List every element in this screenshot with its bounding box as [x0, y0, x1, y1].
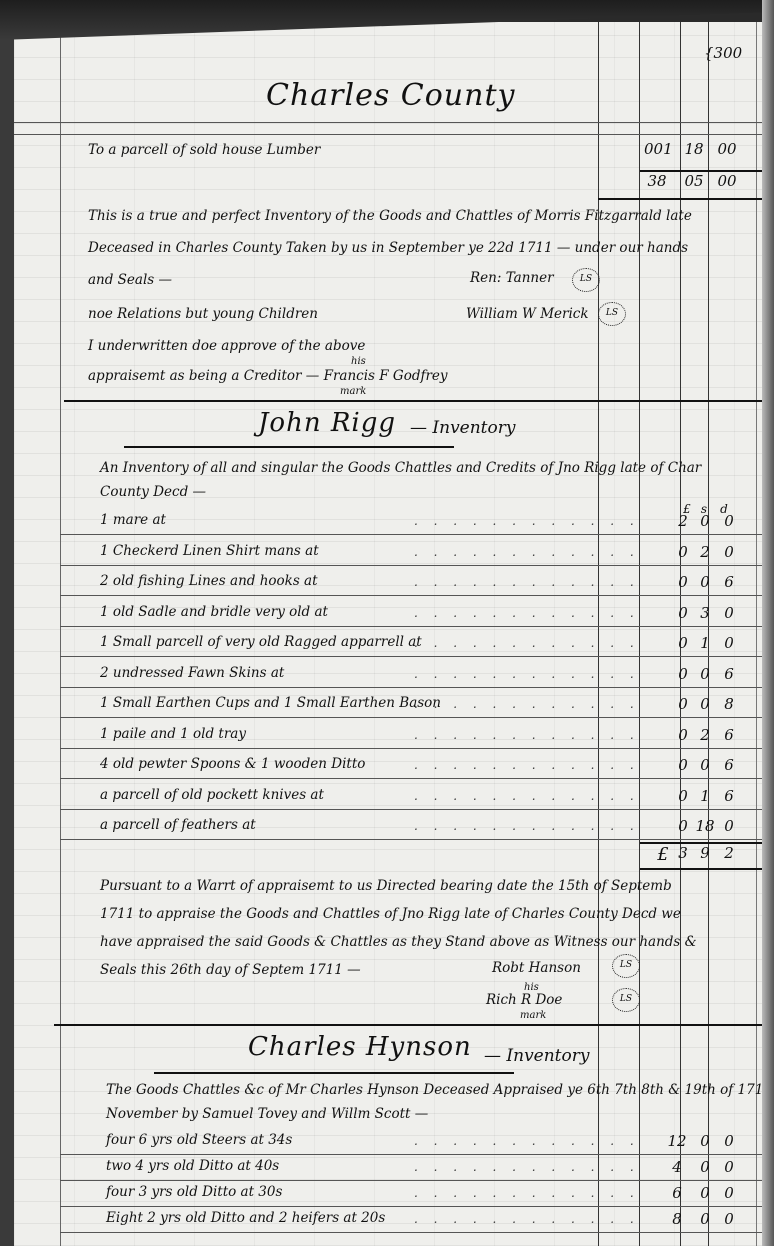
amount-shillings: 3 — [692, 604, 718, 622]
amount-shillings: 1 — [692, 787, 718, 805]
amount-shillings: 0 — [692, 573, 718, 591]
section-divider — [64, 400, 774, 402]
amount-shillings: 18 — [681, 140, 707, 158]
leader-dots: . . . . . . . . . . . . — [414, 728, 640, 742]
amount-shillings: 0 — [692, 665, 718, 683]
row-rule — [60, 839, 774, 840]
leader-dots: . . . . . . . . . . . . — [414, 636, 640, 650]
leader-dots: . . . . . . . . . . . . — [414, 545, 640, 559]
amount-shillings: 2 — [692, 543, 718, 561]
item-description: four 3 yrs old Ditto at 30s — [106, 1184, 282, 1200]
total-pence: 2 — [716, 844, 742, 862]
section-title-suffix: — Inventory — [484, 1046, 589, 1066]
leader-dots: . . . . . . . . . . . . — [414, 819, 640, 833]
row-rule — [60, 626, 774, 627]
item-description: a parcell of old pockett knives at — [100, 787, 324, 803]
signature: William W Merick — [466, 306, 589, 322]
amount-shillings: 0 — [692, 1184, 718, 1202]
amount-shillings: 0 — [692, 756, 718, 774]
leader-dots: . . . . . . . . . . . . — [414, 606, 640, 620]
amount-shillings: 0 — [692, 512, 718, 530]
amount-pence: 0 — [716, 1132, 742, 1150]
amount-pence: 0 — [716, 543, 742, 561]
leader-dots: . . . . . . . . . . . . — [414, 1160, 640, 1174]
item-description: four 6 yrs old Steers at 34s — [106, 1132, 292, 1148]
total-shillings: 9 — [692, 844, 718, 862]
statement-line: Deceased in Charles County Taken by us i… — [88, 240, 688, 256]
divider — [14, 122, 774, 123]
right-margin-rule — [756, 22, 757, 1246]
item-line: To a parcell of sold house Lumber — [88, 142, 320, 158]
amount-pence: 6 — [716, 665, 742, 683]
mark-label: mark — [520, 1010, 546, 1021]
section-divider — [54, 1024, 774, 1026]
divider — [14, 134, 774, 135]
leader-dots: . . . . . . . . . . . . — [414, 575, 640, 589]
amount-shillings: 0 — [692, 1132, 718, 1150]
item-description: a parcell of feathers at — [100, 817, 256, 833]
item-description: 2 undressed Fawn Skins at — [100, 665, 284, 681]
amount-pence: 0 — [716, 634, 742, 652]
mark-label: mark — [340, 386, 366, 397]
amount-pounds: 8 — [664, 1210, 690, 1228]
row-rule — [60, 1206, 774, 1207]
amount-pence: 6 — [716, 787, 742, 805]
page-number: {300 — [704, 44, 742, 62]
intro-line: An Inventory of all and singular the Goo… — [100, 460, 701, 476]
ledger-page: {300 Charles County To a parcell of sold… — [14, 22, 774, 1246]
item-description: 1 paile and 1 old tray — [100, 726, 246, 742]
amount-pence: 8 — [716, 695, 742, 713]
item-description: Eight 2 yrs old Ditto and 2 heifers at 2… — [106, 1210, 385, 1226]
pounds-column-rule — [639, 22, 640, 1246]
amount-shillings: 0 — [692, 695, 718, 713]
warrant-line: Seals this 26th day of Septem 1711 — — [100, 962, 361, 978]
item-description: 1 old Sadle and bridle very old at — [100, 604, 328, 620]
item-description: 1 mare at — [100, 512, 166, 528]
total-rule — [598, 198, 774, 200]
leader-dots: . . . . . . . . . . . . — [414, 667, 640, 681]
amount-pence: 00 — [714, 140, 740, 158]
warrant-line: have appraised the said Goods & Chattles… — [100, 934, 697, 950]
leader-dots: . . . . . . . . . . . . — [414, 1134, 640, 1148]
item-description: 2 old fishing Lines and hooks at — [100, 573, 318, 589]
intro-line: November by Samuel Tovey and Willm Scott… — [106, 1106, 428, 1122]
amount-pence: 0 — [716, 604, 742, 622]
amount-pounds: 6 — [664, 1184, 690, 1202]
item-description: 1 Checkerd Linen Shirt mans at — [100, 543, 319, 559]
row-rule — [60, 809, 774, 810]
wax-seal-icon: LS — [572, 268, 600, 292]
row-rule — [60, 595, 774, 596]
amount-shillings: 0 — [692, 1210, 718, 1228]
item-description: 4 old pewter Spoons & 1 wooden Ditto — [100, 756, 365, 772]
wax-seal-icon: LS — [598, 302, 626, 326]
total-rule — [640, 868, 774, 870]
mark-his: his — [351, 356, 366, 367]
amount-shillings: 2 — [692, 726, 718, 744]
row-rule — [60, 565, 774, 566]
warrant-line: 1711 to appraise the Goods and Chattles … — [100, 906, 681, 922]
total-pence: 00 — [714, 172, 740, 190]
item-description: two 4 yrs old Ditto at 40s — [106, 1158, 279, 1174]
amount-shillings: 1 — [692, 634, 718, 652]
amount-pounds: 12 — [664, 1132, 690, 1150]
amount-pence: 0 — [716, 1184, 742, 1202]
row-rule — [60, 1232, 774, 1233]
section-title-suffix: — Inventory — [410, 418, 515, 438]
row-rule — [60, 778, 774, 779]
wax-seal-icon: LS — [612, 988, 640, 1012]
leader-dots: . . . . . . . . . . . . — [414, 789, 640, 803]
county-heading: Charles County — [266, 78, 515, 113]
signature: Robt Hanson — [492, 960, 581, 976]
row-rule — [60, 687, 774, 688]
row-rule — [60, 1154, 774, 1155]
amount-pence: 0 — [716, 512, 742, 530]
column-rule — [598, 22, 599, 1246]
amount-pounds: 001 — [644, 140, 670, 158]
signature: Rich R Doe — [486, 992, 562, 1008]
statement-line: I underwritten doe approve of the above — [88, 338, 365, 354]
title-underline — [124, 446, 454, 448]
wax-seal-icon: LS — [612, 954, 640, 978]
amount-pence: 6 — [716, 573, 742, 591]
row-rule — [60, 656, 774, 657]
amount-shillings: 18 — [692, 817, 718, 835]
intro-line: County Decd — — [100, 484, 206, 500]
total-shillings: 05 — [681, 172, 707, 190]
signature: Ren: Tanner — [470, 270, 554, 286]
item-description: 1 Small Earthen Cups and 1 Small Earthen… — [100, 695, 441, 711]
section-title: John Rigg — [258, 408, 396, 438]
statement-line: noe Relations but young Children — [88, 306, 318, 322]
statement-line: and Seals — — [88, 272, 172, 288]
amount-pence: 6 — [716, 726, 742, 744]
scan-right-edge — [762, 0, 774, 1246]
leader-dots: . . . . . . . . . . . . — [414, 514, 640, 528]
section-title: Charles Hynson — [248, 1032, 472, 1062]
row-rule — [60, 717, 774, 718]
amount-pence: 6 — [716, 756, 742, 774]
amount-pounds: 4 — [664, 1158, 690, 1176]
row-rule — [60, 534, 774, 535]
amount-shillings: 0 — [692, 1158, 718, 1176]
statement-line: This is a true and perfect Inventory of … — [88, 208, 692, 224]
leader-dots: . . . . . . . . . . . . — [414, 697, 640, 711]
amount-pence: 0 — [716, 817, 742, 835]
total-pounds: 38 — [644, 172, 670, 190]
leader-dots: . . . . . . . . . . . . — [414, 1212, 640, 1226]
row-rule — [60, 1180, 774, 1181]
leader-dots: . . . . . . . . . . . . — [414, 1186, 640, 1200]
statement-line: appraisemt as being a Creditor — Francis… — [88, 368, 448, 384]
item-description: 1 Small parcell of very old Ragged appar… — [100, 634, 422, 650]
margin-rule — [60, 22, 61, 1246]
title-underline — [154, 1072, 514, 1074]
amount-pence: 0 — [716, 1210, 742, 1228]
intro-line: The Goods Chattles &c of Mr Charles Hyns… — [106, 1082, 772, 1098]
amount-pence: 0 — [716, 1158, 742, 1176]
row-rule — [60, 748, 774, 749]
leader-dots: . . . . . . . . . . . . — [414, 758, 640, 772]
warrant-line: Pursuant to a Warrt of appraisemt to us … — [100, 878, 672, 894]
